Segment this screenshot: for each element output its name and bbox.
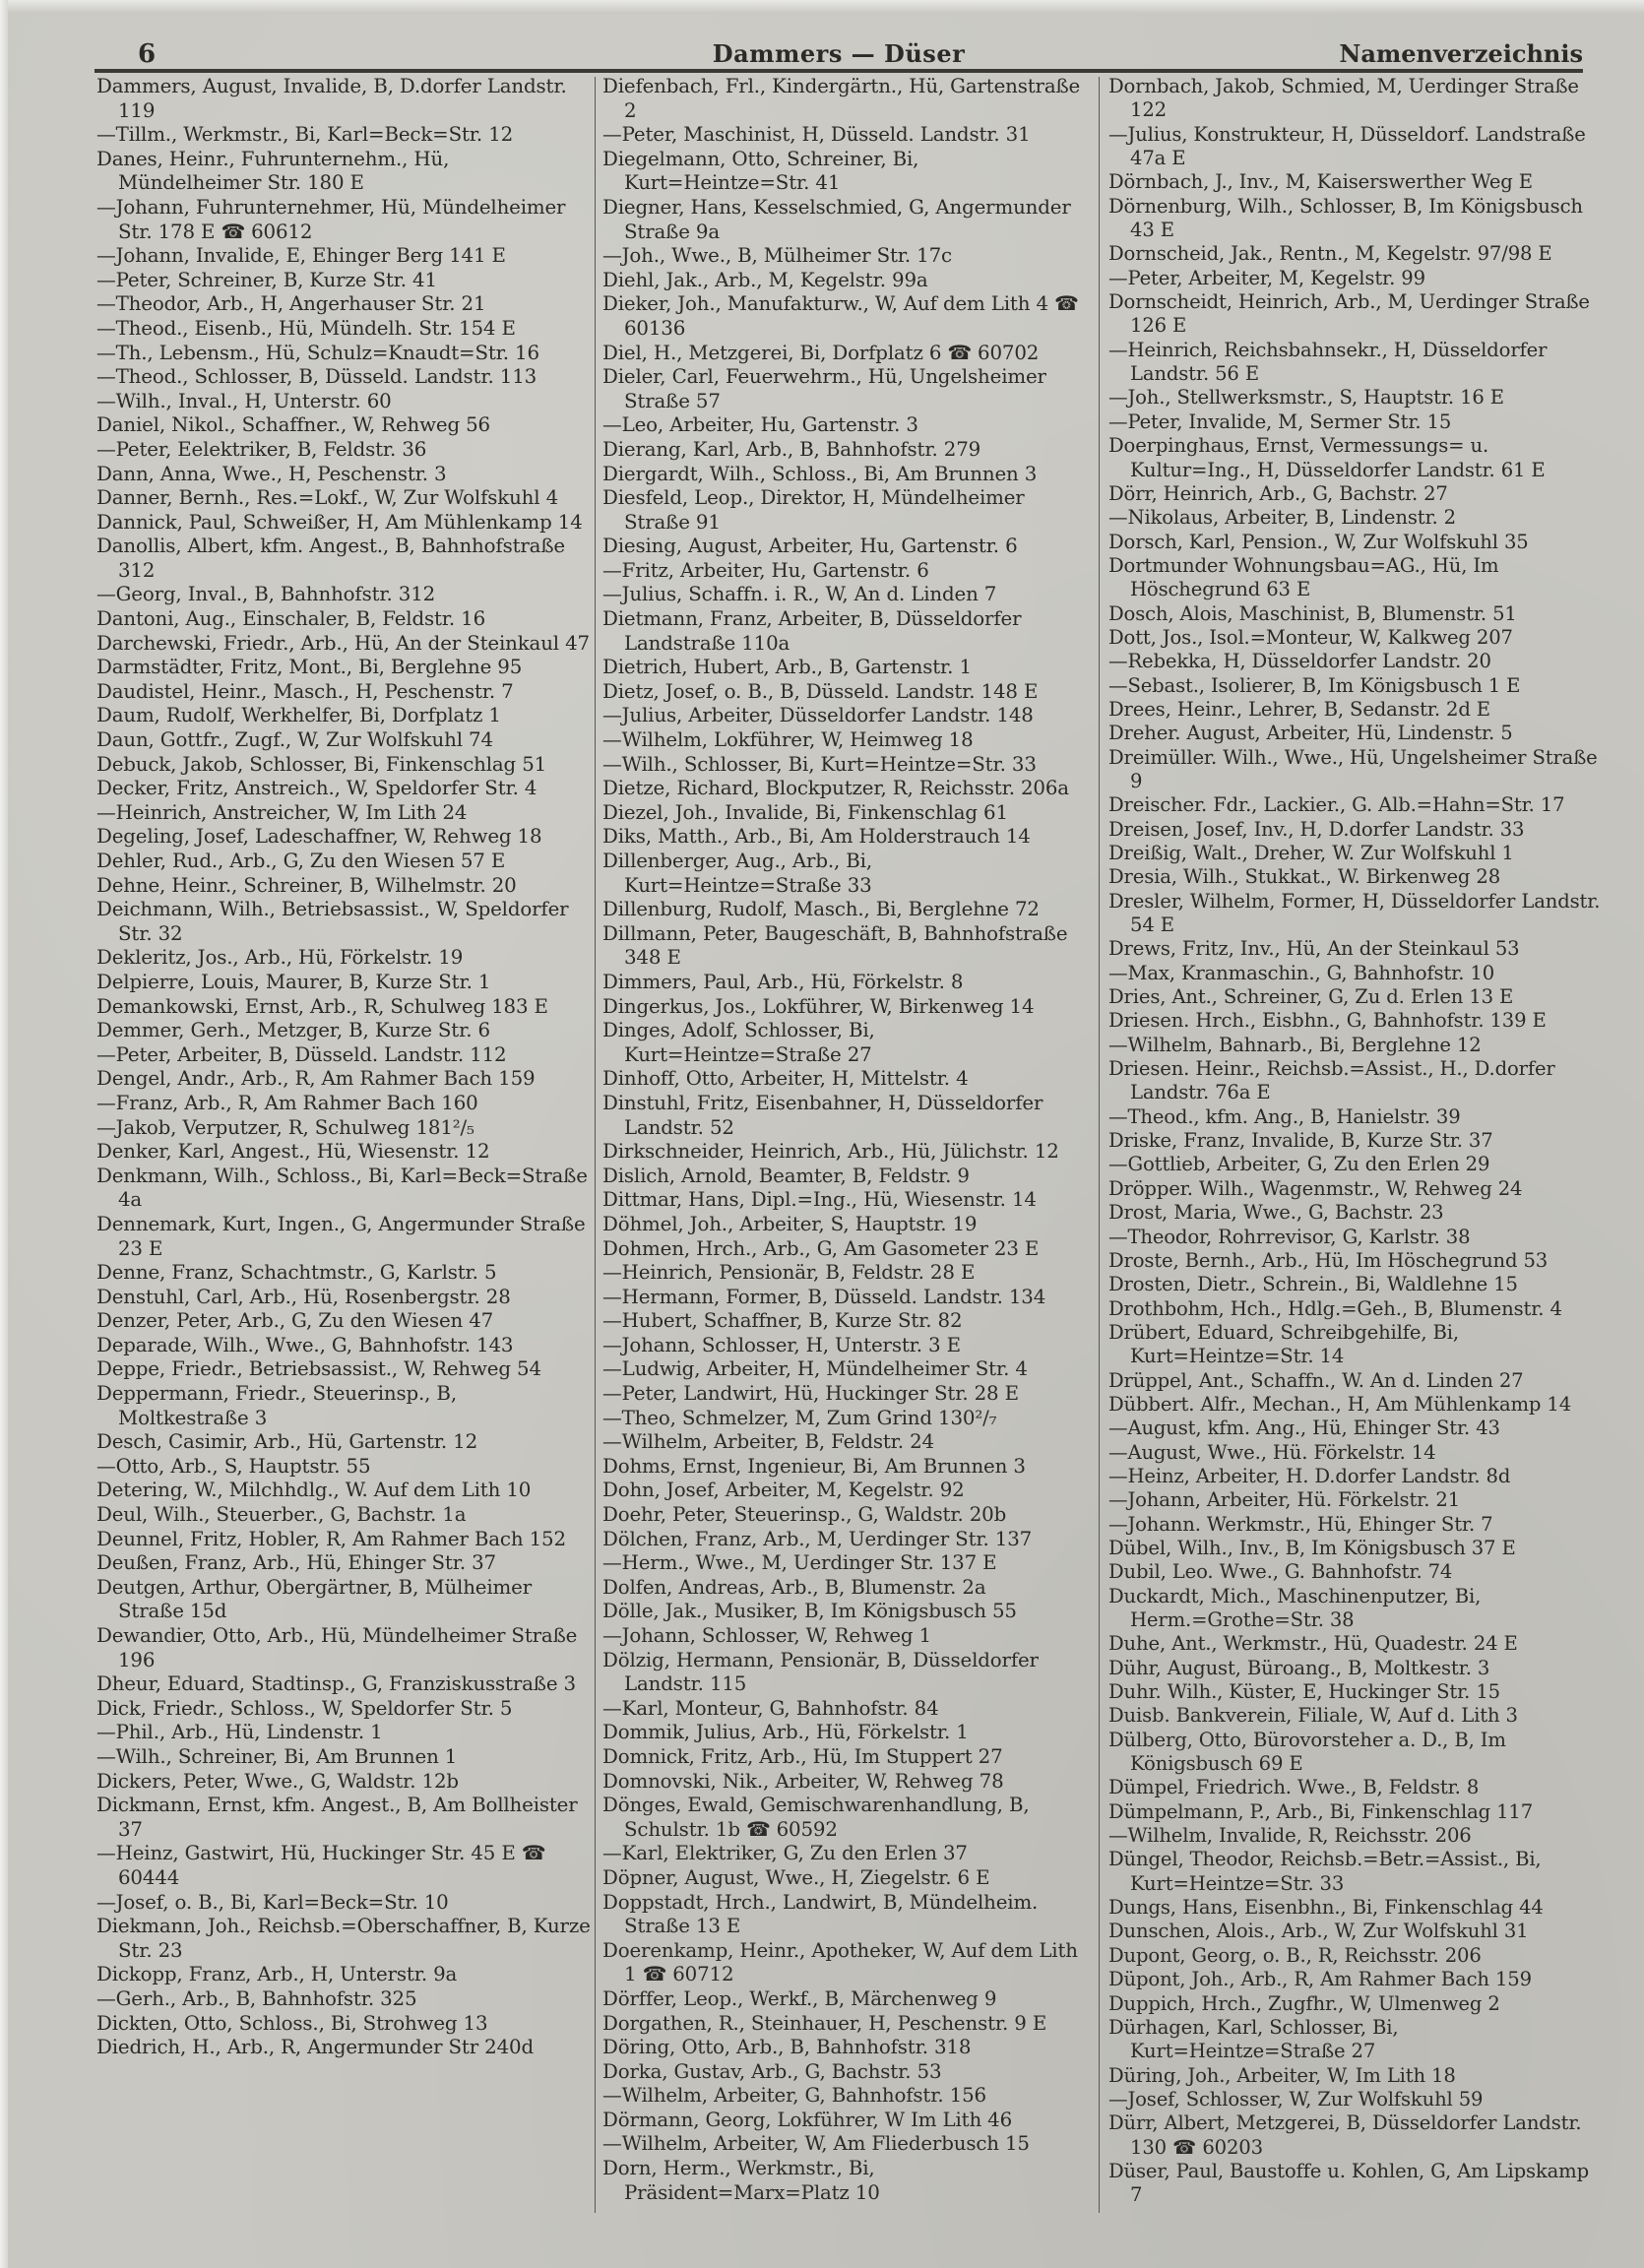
directory-entry: Dunschen, Alois., Arb., W, Zur Wolfskuhl…	[1108, 1920, 1601, 1943]
directory-entry: Deutgen, Arthur, Obergärtner, B, Mülheim…	[96, 1576, 591, 1624]
page-edge-top	[0, 0, 1644, 14]
directory-sub-entry: —Johann. Werkmstr., Hü, Ehinger Str. 7	[1108, 1513, 1601, 1537]
directory-entry: Dornbach, Jakob, Schmied, M, Uerdinger S…	[1108, 75, 1601, 123]
directory-entry: Dölle, Jak., Musiker, B, Im Königsbusch …	[602, 1600, 1093, 1624]
directory-entry: Dreimüller. Wilh., Wwe., Hü, Ungelsheime…	[1108, 746, 1601, 794]
directory-sub-entry: —Theodor, Arb., H, Angerhauser Str. 21	[96, 292, 591, 317]
page-edge-left	[0, 0, 8, 2268]
directory-sub-entry: —Johann, Arbeiter, Hü. Förkelstr. 21	[1108, 1488, 1601, 1512]
directory-entry: Drews, Fritz, Inv., Hü, An der Steinkaul…	[1108, 937, 1601, 961]
directory-entry: Drost, Maria, Wwe., G, Bachstr. 23	[1108, 1201, 1601, 1225]
directory-sub-entry: —Wilhelm, Lokführer, W, Heimweg 18	[602, 728, 1093, 753]
directory-entry: Deußen, Franz, Arb., Hü, Ehinger Str. 37	[96, 1551, 591, 1576]
directory-sub-entry: —Karl, Elektriker, G, Zu den Erlen 37	[602, 1842, 1093, 1866]
directory-entry: Dickopp, Franz, Arb., H, Unterstr. 9a	[96, 1963, 591, 1987]
directory-entry: Dürhagen, Karl, Schlosser, Bi, Kurt=Hein…	[1108, 2016, 1601, 2064]
directory-entry: Dorka, Gustav, Arb., G, Bachstr. 53	[602, 2060, 1093, 2085]
directory-entry: Dannick, Paul, Schweißer, H, Am Mühlenka…	[96, 511, 591, 535]
directory-sub-entry: —Heinrich, Anstreicher, W, Im Lith 24	[96, 801, 591, 826]
directory-entry: Dortmunder Wohnungsbau=AG., Hü, Im Hösch…	[1108, 554, 1601, 602]
directory-sub-entry: —Wilhelm, Arbeiter, W, Am Fliederbusch 1…	[602, 2132, 1093, 2157]
directory-entry: Diedrich, H., Arb., R, Angermunder Str 2…	[96, 2036, 591, 2060]
directory-entry: Debuck, Jakob, Schlosser, Bi, Finkenschl…	[96, 753, 591, 778]
directory-entry: Diel, H., Metzgerei, Bi, Dorfplatz 6 ☎ 6…	[602, 342, 1093, 366]
directory-entry: Danollis, Albert, kfm. Angest., B, Bahnh…	[96, 535, 591, 583]
directory-entry: Dick, Friedr., Schloss., W, Speldorfer S…	[96, 1697, 591, 1722]
directory-sub-entry: —Gottlieb, Arbeiter, G, Zu den Erlen 29	[1108, 1153, 1601, 1176]
directory-sub-entry: —August, kfm. Ang., Hü, Ehinger Str. 43	[1108, 1417, 1601, 1440]
directory-entry: Diehl, Jak., Arb., M, Kegelstr. 99a	[602, 269, 1093, 293]
directory-entry: Döhmel, Joh., Arbeiter, S, Hauptstr. 19	[602, 1213, 1093, 1237]
directory-entry: Dickten, Otto, Schloss., Bi, Strohweg 13	[96, 2012, 591, 2037]
directory-entry: Daun, Gottfr., Zugf., W, Zur Wolfskuhl 7…	[96, 728, 591, 753]
directory-sub-entry: —Heinz, Arbeiter, H. D.dorfer Landstr. 8…	[1108, 1465, 1601, 1488]
directory-entry: Dorn, Herm., Werkmstr., Bi, Präsident=Ma…	[602, 2157, 1093, 2205]
directory-entry: Dieker, Joh., Manufakturw., W, Auf dem L…	[602, 292, 1093, 341]
directory-entry: Duckardt, Mich., Maschinenputzer, Bi, He…	[1108, 1585, 1601, 1633]
directory-entry: Denstuhl, Carl, Arb., Hü, Rosenbergstr. …	[96, 1286, 591, 1310]
directory-entry: Dillenburg, Rudolf, Masch., Bi, Berglehn…	[602, 898, 1093, 922]
directory-sub-entry: —Hubert, Schaffner, B, Kurze Str. 82	[602, 1309, 1093, 1334]
directory-sub-entry: —Gerh., Arb., B, Bahnhofstr. 325	[96, 1987, 591, 2012]
header-rule	[95, 69, 1583, 73]
directory-entry: Deparade, Wilh., Wwe., G, Bahnhofstr. 14…	[96, 1334, 591, 1358]
directory-entry: Duhr. Wilh., Küster, E, Huckinger Str. 1…	[1108, 1680, 1601, 1704]
directory-sub-entry: —Leo, Arbeiter, Hu, Gartenstr. 3	[602, 413, 1093, 438]
directory-sub-entry: —Wilhelm, Invalide, R, Reichsstr. 206	[1108, 1824, 1601, 1848]
directory-entry: Deul, Wilh., Steuerber., G, Bachstr. 1a	[96, 1503, 591, 1528]
directory-sub-entry: —Joh., Wwe., B, Mülheimer Str. 17c	[602, 244, 1093, 269]
directory-entry: Diergardt, Wilh., Schloss., Bi, Am Brunn…	[602, 463, 1093, 487]
directory-entry: Droste, Bernh., Arb., Hü, Im Höschegrund…	[1108, 1249, 1601, 1273]
column-1: Dammers, August, Invalide, B, D.dorfer L…	[96, 75, 591, 2060]
directory-entry: Domnovski, Nik., Arbeiter, W, Rehweg 78	[602, 1770, 1093, 1795]
directory-entry: Diks, Matth., Arb., Bi, Am Holderstrauch…	[602, 825, 1093, 850]
directory-entry: Dries, Ant., Schreiner, G, Zu d. Erlen 1…	[1108, 985, 1601, 1009]
directory-sub-entry: —Julius, Konstrukteur, H, Düsseldorf. La…	[1108, 123, 1601, 171]
directory-sub-entry: —Theod., Schlosser, B, Düsseld. Landstr.…	[96, 365, 591, 390]
directory-entry: Dommik, Julius, Arb., Hü, Förkelstr. 1	[602, 1721, 1093, 1745]
directory-sub-entry: —Peter, Schreiner, B, Kurze Str. 41	[96, 269, 591, 293]
directory-entry: Dislich, Arnold, Beamter, B, Feldstr. 9	[602, 1165, 1093, 1189]
directory-entry: Diefenbach, Frl., Kindergärtn., Hü, Gart…	[602, 75, 1093, 123]
directory-sub-entry: —Peter, Arbeiter, M, Kegelstr. 99	[1108, 267, 1601, 290]
directory-entry: Dietmann, Franz, Arbeiter, B, Düsseldorf…	[602, 607, 1093, 656]
directory-sub-entry: —Sebast., Isolierer, B, Im Königsbusch 1…	[1108, 674, 1601, 698]
directory-entry: Dillenberger, Aug., Arb., Bi, Kurt=Heint…	[602, 850, 1093, 898]
directory-entry: Detering, W., Milchhdlg., W. Auf dem Lit…	[96, 1479, 591, 1503]
directory-sub-entry: —Herm., Wwe., M, Uerdinger Str. 137 E	[602, 1551, 1093, 1576]
directory-entry: Danes, Heinr., Fuhrunternehm., Hü, Münde…	[96, 148, 591, 196]
directory-entry: Döring, Otto, Arb., B, Bahnhofstr. 318	[602, 2036, 1093, 2060]
directory-sub-entry: —Theod., kfm. Ang., B, Hanielstr. 39	[1108, 1105, 1601, 1129]
directory-entry: Dammers, August, Invalide, B, D.dorfer L…	[96, 75, 591, 123]
directory-entry: Dühr, August, Büroang., B, Moltkestr. 3	[1108, 1657, 1601, 1680]
directory-entry: Dübbert. Alfr., Mechan., H, Am Mühlenkam…	[1108, 1393, 1601, 1417]
directory-sub-entry: —Georg, Inval., B, Bahnhofstr. 312	[96, 583, 591, 607]
directory-sub-entry: —Heinz, Gastwirt, Hü, Huckinger Str. 45 …	[96, 1842, 591, 1890]
directory-entry: Dohms, Ernst, Ingenieur, Bi, Am Brunnen …	[602, 1455, 1093, 1480]
directory-entry: Denker, Karl, Angest., Hü, Wiesenstr. 12	[96, 1140, 591, 1165]
directory-sub-entry: —Wilh., Schlosser, Bi, Kurt=Heintze=Str.…	[602, 753, 1093, 778]
directory-entry: Düser, Paul, Baustoffe u. Kohlen, G, Am …	[1108, 2160, 1601, 2208]
directory-entry: Dümpelmann, P., Arb., Bi, Finkenschlag 1…	[1108, 1800, 1601, 1824]
directory-entry: Dresler, Wilhelm, Former, H, Düsseldorfe…	[1108, 890, 1601, 938]
directory-entry: Desch, Casimir, Arb., Hü, Gartenstr. 12	[96, 1430, 591, 1455]
directory-sub-entry: —Wilh., Inval., H, Unterstr. 60	[96, 390, 591, 414]
directory-entry: Düpont, Joh., Arb., R, Am Rahmer Bach 15…	[1108, 1968, 1601, 1991]
directory-sub-entry: —Jakob, Verputzer, R, Schulweg 181²/₅	[96, 1116, 591, 1141]
directory-entry: Dinges, Adolf, Schlosser, Bi, Kurt=Heint…	[602, 1019, 1093, 1067]
directory-entry: Dantoni, Aug., Einschaler, B, Feldstr. 1…	[96, 607, 591, 632]
directory-entry: Dickmann, Ernst, kfm. Angest., B, Am Bol…	[96, 1794, 591, 1842]
directory-entry: Dolfen, Andreas, Arb., B, Blumenstr. 2a	[602, 1576, 1093, 1601]
directory-entry: Danner, Bernh., Res.=Lokf., W, Zur Wolfs…	[96, 486, 591, 511]
directory-sub-entry: —Otto, Arb., S, Hauptstr. 55	[96, 1455, 591, 1480]
directory-entry: Deppe, Friedr., Betriebsassist., W, Rehw…	[96, 1357, 591, 1382]
page-header: 6 Dammers — Düser Namenverzeichnis	[95, 39, 1583, 69]
directory-sub-entry: —Th., Lebensm., Hü, Schulz=Knaudt=Str. 1…	[96, 342, 591, 366]
directory-entry: Dann, Anna, Wwe., H, Peschenstr. 3	[96, 463, 591, 487]
directory-entry: Dinhoff, Otto, Arbeiter, H, Mittelstr. 4	[602, 1067, 1093, 1092]
directory-entry: Dehne, Heinr., Schreiner, B, Wilhelmstr.…	[96, 874, 591, 899]
directory-entry: Dott, Jos., Isol.=Monteur, W, Kalkweg 20…	[1108, 626, 1601, 650]
directory-entry: Doppstadt, Hrch., Landwirt, B, Mündelhei…	[602, 1891, 1093, 1939]
directory-entry: Dübel, Wilh., Inv., B, Im Königsbusch 37…	[1108, 1537, 1601, 1560]
directory-sub-entry: —Wilhelm, Bahnarb., Bi, Berglehne 12	[1108, 1034, 1601, 1057]
directory-entry: Deppermann, Friedr., Steuerinsp., B, Mol…	[96, 1382, 591, 1430]
directory-sub-entry: —Peter, Landwirt, Hü, Huckinger Str. 28 …	[602, 1382, 1093, 1407]
directory-entry: Delpierre, Louis, Maurer, B, Kurze Str. …	[96, 971, 591, 995]
directory-entry: Demankowski, Ernst, Arb., R, Schulweg 18…	[96, 995, 591, 1020]
directory-entry: Drothbohm, Hch., Hdlg.=Geh., B, Blumenst…	[1108, 1297, 1601, 1321]
directory-sub-entry: —Nikolaus, Arbeiter, B, Lindenstr. 2	[1108, 506, 1601, 530]
directory-entry: Dinstuhl, Fritz, Eisenbahner, H, Düsseld…	[602, 1092, 1093, 1140]
directory-entry: Dubil, Leo. Wwe., G. Bahnhofstr. 74	[1108, 1560, 1601, 1584]
directory-entry: Doerpinghaus, Ernst, Vermessungs= u. Kul…	[1108, 434, 1601, 482]
directory-entry: Degeling, Josef, Ladeschaffner, W, Rehwe…	[96, 825, 591, 850]
directory-entry: Diesfeld, Leop., Direktor, H, Mündelheim…	[602, 486, 1093, 535]
directory-entry: Driske, Franz, Invalide, B, Kurze Str. 3…	[1108, 1129, 1601, 1153]
directory-entry: Dehler, Rud., Arb., G, Zu den Wiesen 57 …	[96, 850, 591, 874]
directory-entry: Drosten, Dietr., Schrein., Bi, Waldlehne…	[1108, 1273, 1601, 1296]
directory-entry: Dornscheidt, Heinrich, Arb., M, Uerdinge…	[1108, 290, 1601, 339]
column-2: Diefenbach, Frl., Kindergärtn., Hü, Gart…	[602, 75, 1093, 2205]
directory-entry: Dörnenburg, Wilh., Schlosser, B, Im Köni…	[1108, 195, 1601, 243]
directory-entry: Denzer, Peter, Arb., G, Zu den Wiesen 47	[96, 1309, 591, 1334]
directory-entry: Dölchen, Franz, Arb., M, Uerdinger Str. …	[602, 1528, 1093, 1552]
directory-entry: Dingerkus, Jos., Lokführer, W, Birkenweg…	[602, 995, 1093, 1020]
directory-sub-entry: —Heinrich, Pensionär, B, Feldstr. 28 E	[602, 1261, 1093, 1286]
directory-sub-entry: —Joh., Stellwerksmstr., S, Hauptstr. 16 …	[1108, 386, 1601, 409]
column-divider	[1099, 77, 1100, 2213]
directory-sub-entry: —Wilhelm, Arbeiter, G, Bahnhofstr. 156	[602, 2084, 1093, 2109]
directory-sub-entry: —Fritz, Arbeiter, Hu, Gartenstr. 6	[602, 559, 1093, 584]
column-3: Dornbach, Jakob, Schmied, M, Uerdinger S…	[1108, 75, 1601, 2208]
directory-sub-entry: —Peter, Invalide, M, Sermer Str. 15	[1108, 410, 1601, 434]
directory-entry: Dörr, Heinrich, Arb., G, Bachstr. 27	[1108, 482, 1601, 506]
directory-entry: Diesing, August, Arbeiter, Hu, Gartenstr…	[602, 535, 1093, 559]
directory-entry: Dungs, Hans, Eisenbhn., Bi, Finkenschlag…	[1108, 1896, 1601, 1920]
directory-sub-entry: —Johann, Fuhrunternehmer, Hü, Mündelheim…	[96, 196, 591, 244]
column-divider	[595, 77, 596, 2213]
directory-entry: Domnick, Fritz, Arb., Hü, Im Stuppert 27	[602, 1745, 1093, 1770]
directory-sub-entry: —Theod., Eisenb., Hü, Mündelh. Str. 154 …	[96, 317, 591, 342]
directory-entry: Driesen. Heinr., Reichsb.=Assist., H., D…	[1108, 1057, 1601, 1105]
directory-entry: Dümpel, Friedrich. Wwe., B, Feldstr. 8	[1108, 1776, 1601, 1799]
directory-entry: Driesen. Hrch., Eisbhn., G, Bahnhofstr. …	[1108, 1009, 1601, 1033]
directory-entry: Daniel, Nikol., Schaffner., W, Rehweg 56	[96, 413, 591, 438]
directory-entry: Denne, Franz, Schachtmstr., G, Karlstr. …	[96, 1261, 591, 1286]
directory-entry: Decker, Fritz, Anstreich., W, Speldorfer…	[96, 777, 591, 801]
directory-entry: Dröpper. Wilh., Wagenmstr., W, Rehweg 24	[1108, 1177, 1601, 1201]
directory-entry: Dorsch, Karl, Pension., W, Zur Wolfskuhl…	[1108, 531, 1601, 554]
directory-sub-entry: —Ludwig, Arbeiter, H, Mündelheimer Str. …	[602, 1357, 1093, 1382]
directory-entry: Düring, Joh., Arbeiter, W, Im Lith 18	[1108, 2064, 1601, 2088]
directory-sub-entry: —Josef, o. B., Bi, Karl=Beck=Str. 10	[96, 1891, 591, 1916]
directory-entry: Dosch, Alois, Maschinist, B, Blumenstr. …	[1108, 602, 1601, 626]
directory-sub-entry: —Theo, Schmelzer, M, Zum Grind 130²/₇	[602, 1407, 1093, 1431]
directory-entry: Dietrich, Hubert, Arb., B, Gartenstr. 1	[602, 656, 1093, 680]
directory-entry: Dönges, Ewald, Gemischwarenhandlung, B, …	[602, 1794, 1093, 1842]
directory-entry: Duhe, Ant., Werkmstr., Hü, Quadestr. 24 …	[1108, 1632, 1601, 1656]
directory-entry: Dürr, Albert, Metzgerei, B, Düsseldorfer…	[1108, 2111, 1601, 2160]
directory-entry: Dohn, Josef, Arbeiter, M, Kegelstr. 92	[602, 1479, 1093, 1503]
directory-entry: Drübert, Eduard, Schreibgehilfe, Bi, Kur…	[1108, 1321, 1601, 1369]
directory-entry: Diekmann, Joh., Reichsb.=Oberschaffner, …	[96, 1915, 591, 1963]
directory-entry: Dörffer, Leop., Werkf., B, Märchenweg 9	[602, 1987, 1093, 2012]
directory-entry: Dreißig, Walt., Dreher, W. Zur Wolfskuhl…	[1108, 842, 1601, 865]
section-title: Namenverzeichnis	[1339, 39, 1583, 68]
directory-entry: Dörmann, Georg, Lokführer, W Im Lith 46	[602, 2109, 1093, 2133]
directory-entry: Doerenkamp, Heinr., Apotheker, W, Auf de…	[602, 1939, 1093, 1987]
directory-page: 6 Dammers — Düser Namenverzeichnis Damme…	[0, 0, 1644, 2268]
directory-entry: Düngel, Theodor, Reichsb.=Betr.=Assist.,…	[1108, 1848, 1601, 1896]
directory-entry: Dölzig, Hermann, Pensionär, B, Düsseldor…	[602, 1649, 1093, 1697]
directory-sub-entry: —Johann, Schlosser, H, Unterstr. 3 E	[602, 1334, 1093, 1358]
directory-sub-entry: —Heinrich, Reichsbahnsekr., H, Düsseldor…	[1108, 339, 1601, 387]
directory-entry: Döpner, August, Wwe., H, Ziegelstr. 6 E	[602, 1866, 1093, 1891]
directory-entry: Dengel, Andr., Arb., R, Am Rahmer Bach 1…	[96, 1067, 591, 1092]
directory-entry: Dietze, Richard, Blockputzer, R, Reichss…	[602, 777, 1093, 801]
directory-entry: Deichmann, Wilh., Betriebsassist., W, Sp…	[96, 898, 591, 946]
directory-sub-entry: —Wilhelm, Arbeiter, B, Feldstr. 24	[602, 1430, 1093, 1455]
directory-sub-entry: —Franz, Arb., R, Am Rahmer Bach 160	[96, 1092, 591, 1116]
directory-entry: Diegelmann, Otto, Schreiner, Bi, Kurt=He…	[602, 148, 1093, 196]
directory-entry: Dohmen, Hrch., Arb., G, Am Gasometer 23 …	[602, 1237, 1093, 1262]
directory-entry: Doehr, Peter, Steuerinsp., G, Waldstr. 2…	[602, 1503, 1093, 1528]
directory-entry: Dreher. August, Arbeiter, Hü, Lindenstr.…	[1108, 722, 1601, 745]
directory-sub-entry: —Julius, Arbeiter, Düsseldorfer Landstr.…	[602, 704, 1093, 728]
directory-entry: Daudistel, Heinr., Masch., H, Peschenstr…	[96, 680, 591, 705]
directory-sub-entry: —Josef, Schlosser, W, Zur Wolfskuhl 59	[1108, 2088, 1601, 2111]
directory-entry: Darmstädter, Fritz, Mont., Bi, Berglehne…	[96, 656, 591, 680]
directory-entry: Dheur, Eduard, Stadtinsp., G, Franziskus…	[96, 1672, 591, 1697]
directory-entry: Dresia, Wilh., Stukkat., W. Birkenweg 28	[1108, 865, 1601, 889]
directory-sub-entry: —Johann, Invalide, E, Ehinger Berg 141 E	[96, 244, 591, 269]
directory-entry: Dreisen, Josef, Inv., H, D.dorfer Landst…	[1108, 818, 1601, 842]
directory-entry: Dreischer. Fdr., Lackier., G. Alb.=Hahn=…	[1108, 793, 1601, 817]
directory-sub-entry: —Rebekka, H, Düsseldorfer Landstr. 20	[1108, 650, 1601, 673]
directory-sub-entry: —Tillm., Werkmstr., Bi, Karl=Beck=Str. 1…	[96, 123, 591, 148]
directory-sub-entry: —Max, Kranmaschin., G, Bahnhofstr. 10	[1108, 962, 1601, 985]
directory-entry: Dupont, Georg, o. B., R, Reichsstr. 206	[1108, 1944, 1601, 1968]
directory-sub-entry: —Peter, Maschinist, H, Düsseld. Landstr.…	[602, 123, 1093, 148]
directory-entry: Dekleritz, Jos., Arb., Hü, Förkelstr. 19	[96, 946, 591, 971]
directory-entry: Dillmann, Peter, Baugeschäft, B, Bahnhof…	[602, 922, 1093, 971]
directory-entry: Dimmers, Paul, Arb., Hü, Förkelstr. 8	[602, 971, 1093, 995]
directory-entry: Dennemark, Kurt, Ingen., G, Angermunder …	[96, 1213, 591, 1261]
directory-entry: Dieler, Carl, Feuerwehrm., Hü, Ungelshei…	[602, 365, 1093, 413]
directory-sub-entry: —Peter, Eelektriker, B, Feldstr. 36	[96, 438, 591, 463]
directory-entry: Dülberg, Otto, Bürovorsteher a. D., B, I…	[1108, 1729, 1601, 1777]
directory-entry: Dickers, Peter, Wwe., G, Waldstr. 12b	[96, 1770, 591, 1795]
directory-entry: Diegner, Hans, Kesselschmied, G, Angermu…	[602, 196, 1093, 244]
directory-sub-entry: —Theodor, Rohrrevisor, G, Karlstr. 38	[1108, 1226, 1601, 1249]
directory-entry: Duisb. Bankverein, Filiale, W, Auf d. Li…	[1108, 1704, 1601, 1728]
directory-entry: Denkmann, Wilh., Schloss., Bi, Karl=Beck…	[96, 1165, 591, 1213]
directory-entry: Dorgathen, R., Steinhauer, H, Peschenstr…	[602, 2012, 1093, 2037]
directory-entry: Dierang, Karl, Arb., B, Bahnhofstr. 279	[602, 438, 1093, 463]
directory-sub-entry: —Karl, Monteur, G, Bahnhofstr. 84	[602, 1697, 1093, 1722]
directory-sub-entry: —Phil., Arb., Hü, Lindenstr. 1	[96, 1721, 591, 1745]
directory-entry: Diezel, Joh., Invalide, Bi, Finkenschlag…	[602, 801, 1093, 826]
directory-entry: Dittmar, Hans, Dipl.=Ing., Hü, Wiesenstr…	[602, 1188, 1093, 1213]
directory-entry: Deunnel, Fritz, Hobler, R, Am Rahmer Bac…	[96, 1528, 591, 1552]
directory-sub-entry: —Peter, Arbeiter, B, Düsseld. Landstr. 1…	[96, 1043, 591, 1068]
directory-sub-entry: —Johann, Schlosser, W, Rehweg 1	[602, 1624, 1093, 1649]
directory-sub-entry: —Hermann, Former, B, Düsseld. Landstr. 1…	[602, 1286, 1093, 1310]
directory-sub-entry: —Wilh., Schreiner, Bi, Am Brunnen 1	[96, 1745, 591, 1770]
directory-entry: Dirkschneider, Heinrich, Arb., Hü, Jülic…	[602, 1140, 1093, 1165]
directory-entry: Drüppel, Ant., Schaffn., W. An d. Linden…	[1108, 1369, 1601, 1393]
directory-entry: Dörnbach, J., Inv., M, Kaiserswerther We…	[1108, 170, 1601, 194]
directory-entry: Dornscheid, Jak., Rentn., M, Kegelstr. 9…	[1108, 242, 1601, 266]
directory-entry: Drees, Heinr., Lehrer, B, Sedanstr. 2d E	[1108, 698, 1601, 722]
directory-entry: Dewandier, Otto, Arb., Hü, Mündelheimer …	[96, 1624, 591, 1672]
directory-entry: Dietz, Josef, o. B., B, Düsseld. Landstr…	[602, 680, 1093, 705]
directory-entry: Daum, Rudolf, Werkhelfer, Bi, Dorfplatz …	[96, 704, 591, 728]
directory-sub-entry: —Julius, Schaffn. i. R., W, An d. Linden…	[602, 583, 1093, 607]
directory-entry: Darchewski, Friedr., Arb., Hü, An der St…	[96, 632, 591, 657]
directory-sub-entry: —August, Wwe., Hü. Förkelstr. 14	[1108, 1441, 1601, 1465]
directory-entry: Demmer, Gerh., Metzger, B, Kurze Str. 6	[96, 1019, 591, 1043]
directory-entry: Duppich, Hrch., Zugfhr., W, Ulmenweg 2	[1108, 1992, 1601, 2016]
